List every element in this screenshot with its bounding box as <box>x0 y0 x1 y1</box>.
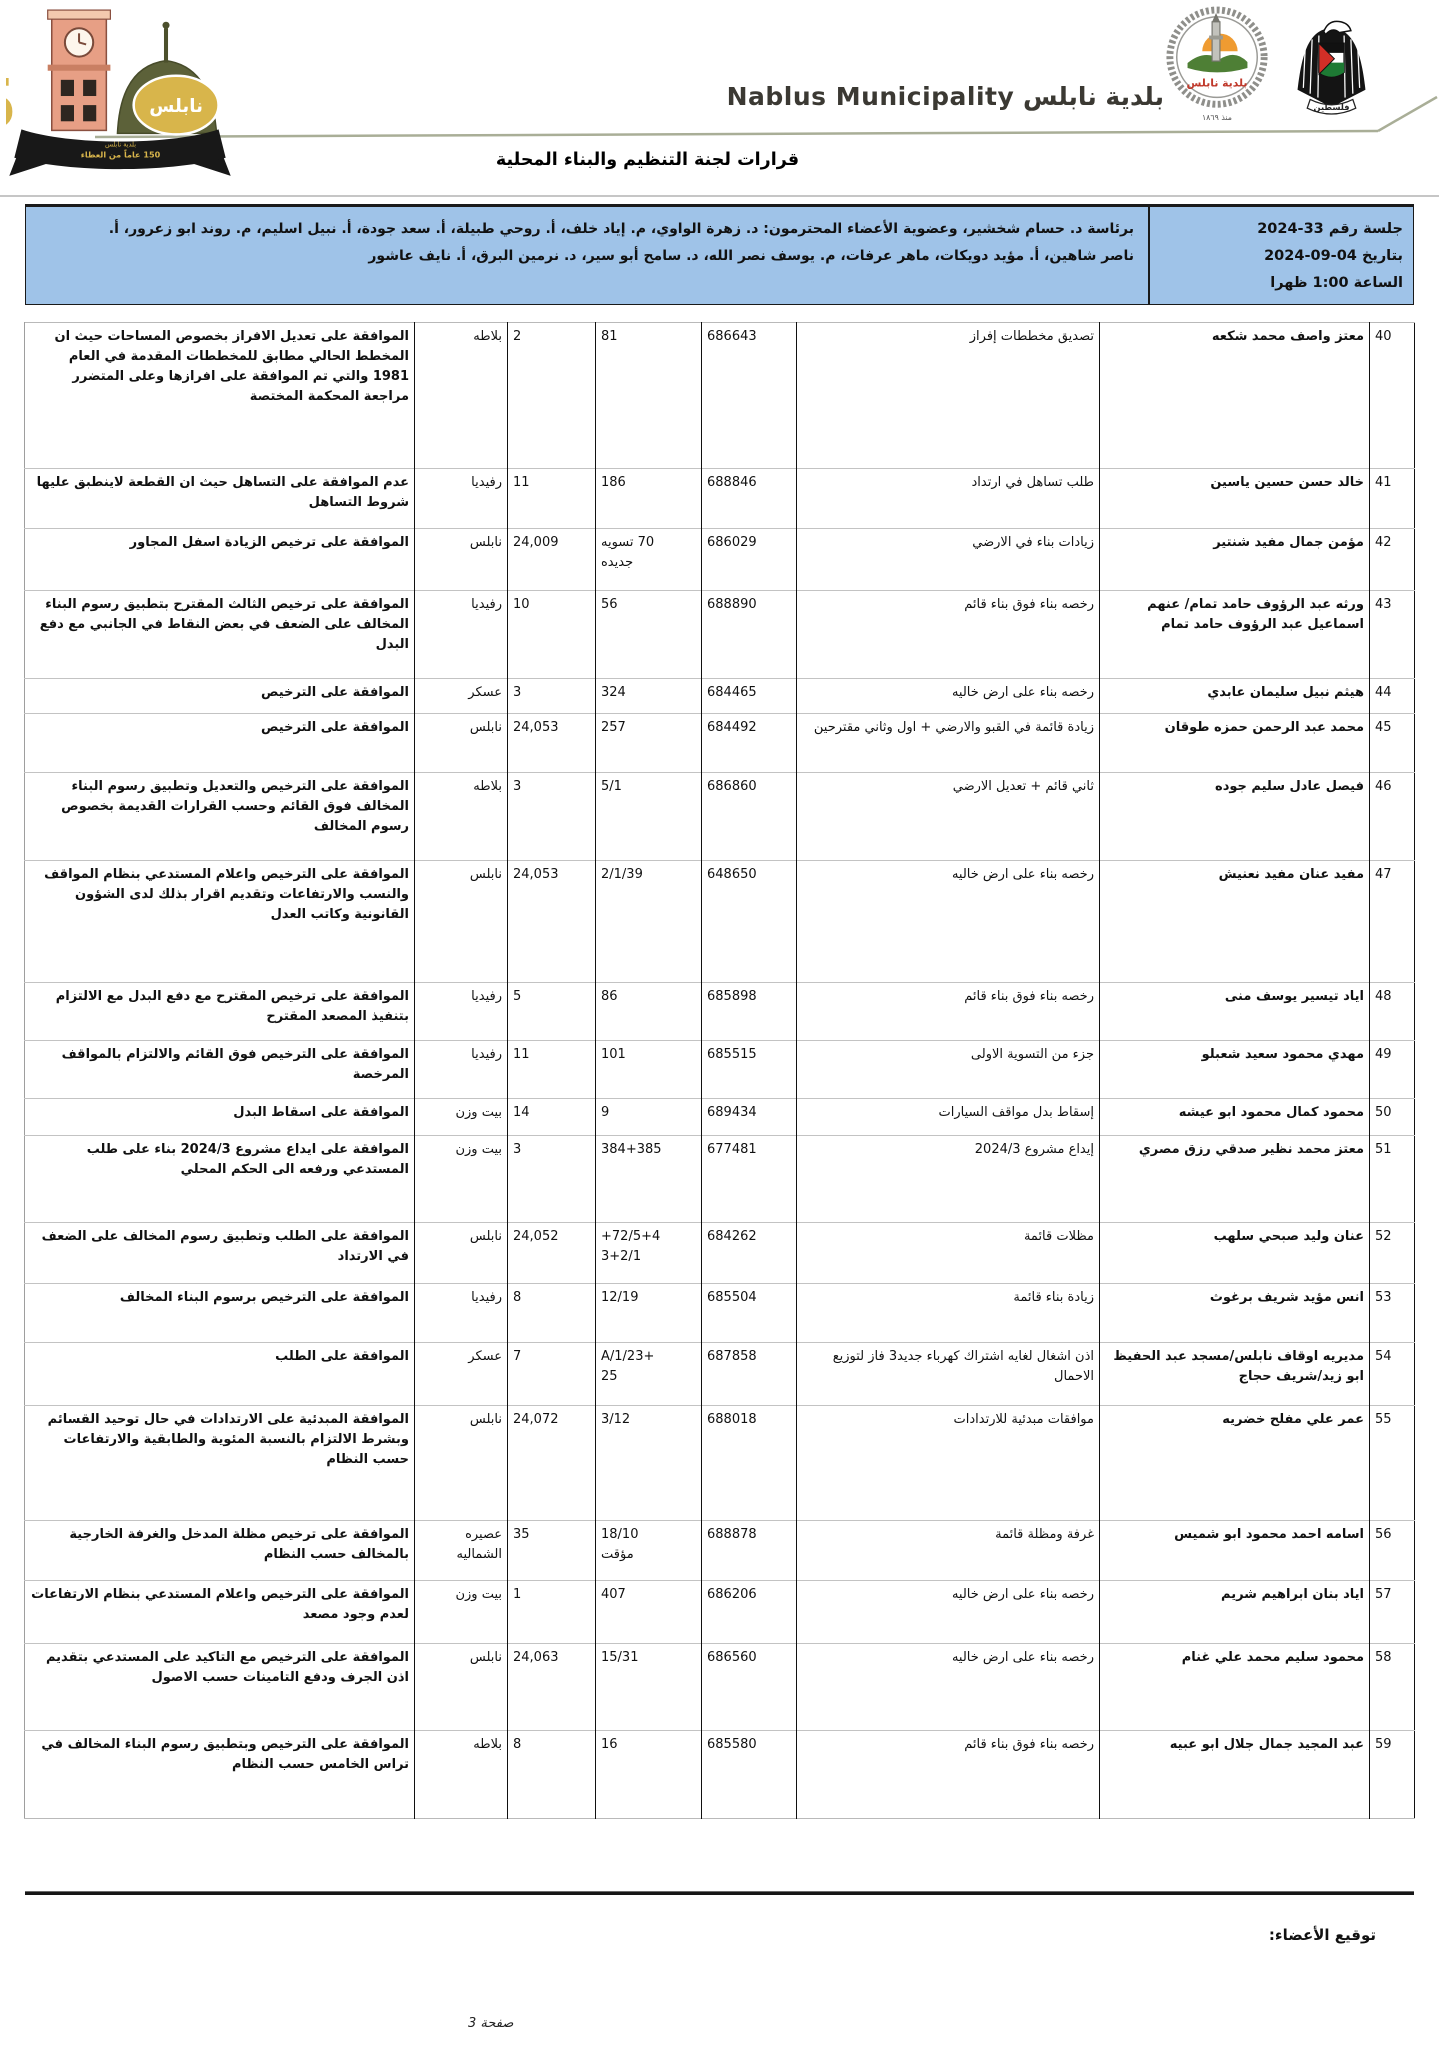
area-cell: نابلس <box>415 1644 508 1731</box>
plot-number-cell: ‎A/1/23+‎ 25 <box>596 1343 702 1406</box>
area-cell: نابلس <box>415 714 508 773</box>
table-row: 46فيصل عادل سليم جودهثاني قائم + تعديل ا… <box>25 773 1415 861</box>
table-row: 50محمود كمال محمود ابو عيشهإسقاط بدل موا… <box>25 1099 1415 1136</box>
subject-cell: زيادة بناء قائمة <box>797 1284 1100 1343</box>
session-meta: جلسة رقم 33-2024 بتاريخ 04-09-2024 الساع… <box>1148 207 1413 304</box>
applicant-name-cell: مديريه اوقاف نابلس/مسجد عبد الحفيظ ابو ز… <box>1100 1343 1370 1406</box>
file-number-cell: 687858 <box>702 1343 797 1406</box>
decision-cell: الموافقة على الترخيص <box>25 679 415 714</box>
table-row: 59عبد المجيد جمال جلال ابو عبيهرخصه بناء… <box>25 1731 1415 1819</box>
plot-number-cell: 12/19 <box>596 1284 702 1343</box>
file-number-cell: 686206 <box>702 1581 797 1644</box>
minaret-shape <box>1212 22 1220 61</box>
subject-cell: رخصه بناء على ارض خاليه <box>797 679 1100 714</box>
plot-number-cell: 3/12 <box>596 1406 702 1521</box>
plot-number-cell: 257 <box>596 714 702 773</box>
anniversary-digits: 15 <box>6 62 18 145</box>
block-number-cell: 3 <box>508 679 596 714</box>
applicant-name-cell: انس مؤيد شريف برغوث <box>1100 1284 1370 1343</box>
area-cell: عسكر <box>415 1343 508 1406</box>
seal-since-text: منذ ١٨٦٩ <box>1202 113 1232 122</box>
plot-number-cell: 86 <box>596 983 702 1041</box>
row-number-cell: 57 <box>1370 1581 1415 1644</box>
applicant-name-cell: عبد المجيد جمال جلال ابو عبيه <box>1100 1731 1370 1819</box>
row-number-cell: 47 <box>1370 861 1415 983</box>
table-row: 58محمود سليم محمد علي غنامرخصه بناء على … <box>25 1644 1415 1731</box>
row-number-cell: 42 <box>1370 529 1415 591</box>
applicant-name-cell: اياد بنان ابراهيم شريم <box>1100 1581 1370 1644</box>
page-title: قرارات لجنة التنظيم والبناء المحلية <box>0 150 1295 170</box>
decisions-table: 40معتز واصف محمد شكعهتصديق مخططات إفراز6… <box>24 322 1415 1819</box>
plot-number-cell: 5/1 <box>596 773 702 861</box>
applicant-name-cell: مفيد عنان مفيد نعنيش <box>1100 861 1370 983</box>
nablus-municipality-seal: بلدية نابلس منذ ١٨٦٩ <box>1163 6 1271 124</box>
decision-cell: الموافقة على الترخيص واعلام المستدعي بنظ… <box>25 1581 415 1644</box>
decision-cell: الموافقة على الطلب <box>25 1343 415 1406</box>
area-cell: نابلس <box>415 1223 508 1284</box>
plot-number-cell: 407 <box>596 1581 702 1644</box>
session-time: الساعة 1:00 ظهرا <box>1154 270 1403 297</box>
decision-cell: الموافقة على الطلب وتطبيق رسوم المخالف ع… <box>25 1223 415 1284</box>
file-number-cell: 689434 <box>702 1099 797 1136</box>
decision-cell: الموافقة على الترخيص فوق القائم والالتزا… <box>25 1041 415 1099</box>
table-row: 55عمر علي مفلح خضريهموافقات مبدئية للارت… <box>25 1406 1415 1521</box>
subject-cell: جزء من التسوية الاولى <box>797 1041 1100 1099</box>
file-number-cell: 688878 <box>702 1521 797 1581</box>
decision-cell: الموافقة المبدئية على الارتدادات في حال … <box>25 1406 415 1521</box>
applicant-name-cell: هيثم نبيل سليمان عابدي <box>1100 679 1370 714</box>
decision-cell: الموافقة على الترخيص برسوم البناء المخال… <box>25 1284 415 1343</box>
plot-number-cell: 2/1/39 <box>596 861 702 983</box>
file-number-cell: 686860 <box>702 773 797 861</box>
block-number-cell: 5 <box>508 983 596 1041</box>
table-row: 57اياد بنان ابراهيم شريمرخصه بناء على ار… <box>25 1581 1415 1644</box>
subject-cell: إسقاط بدل مواقف السيارات <box>797 1099 1100 1136</box>
block-number-cell: 24,053 <box>508 714 596 773</box>
file-number-cell: 685504 <box>702 1284 797 1343</box>
subject-cell: رخصه بناء فوق بناء قائم <box>797 1731 1100 1819</box>
block-number-cell: 8 <box>508 1731 596 1819</box>
block-number-cell: 3 <box>508 773 596 861</box>
clock-tower-shape <box>48 10 111 130</box>
row-number-cell: 43 <box>1370 591 1415 679</box>
area-cell: بلاطه <box>415 773 508 861</box>
block-number-cell: 3 <box>508 1136 596 1223</box>
row-number-cell: 55 <box>1370 1406 1415 1521</box>
block-number-cell: 2 <box>508 323 596 469</box>
area-cell: نابلس <box>415 1406 508 1521</box>
file-number-cell: 688890 <box>702 591 797 679</box>
area-cell: نابلس <box>415 861 508 983</box>
plot-number-cell: 56 <box>596 591 702 679</box>
applicant-name-cell: محمود سليم محمد علي غنام <box>1100 1644 1370 1731</box>
decisions-table-body: 40معتز واصف محمد شكعهتصديق مخططات إفراز6… <box>25 323 1415 1819</box>
decision-cell: الموافقة على ترخيص مظلة المدخل والغرفة ا… <box>25 1521 415 1581</box>
session-number: جلسة رقم 33-2024 <box>1154 216 1403 243</box>
footer-rule <box>25 1891 1414 1895</box>
plot-number-cell: 324 <box>596 679 702 714</box>
row-number-cell: 46 <box>1370 773 1415 861</box>
session-info-box: جلسة رقم 33-2024 بتاريخ 04-09-2024 الساع… <box>25 204 1414 305</box>
row-number-cell: 59 <box>1370 1731 1415 1819</box>
applicant-name-cell: محمد عبد الرحمن حمزه طوقان <box>1100 714 1370 773</box>
block-number-cell: 24,052 <box>508 1223 596 1284</box>
area-cell: عصيره الشماليه <box>415 1521 508 1581</box>
table-row: 43ورثه عبد الرؤوف حامد تمام/ عنهم اسماعي… <box>25 591 1415 679</box>
plot-number-cell: 72/5+4+‎ 3+2/1 <box>596 1223 702 1284</box>
plot-number-cell: 384+385 <box>596 1136 702 1223</box>
row-number-cell: 56 <box>1370 1521 1415 1581</box>
area-cell: رفيديا <box>415 1284 508 1343</box>
block-number-cell: 24,009 <box>508 529 596 591</box>
decision-cell: الموافقة على ترخيص الثالث المقترح بتطبيق… <box>25 591 415 679</box>
file-number-cell: 684262 <box>702 1223 797 1284</box>
table-row: 48اياد تيسير يوسف منىرخصه بناء فوق بناء … <box>25 983 1415 1041</box>
decision-cell: الموافقة على الترخيص وبتطبيق رسوم البناء… <box>25 1731 415 1819</box>
municipality-brand-text: بلدية نابلس Nablus Municipality <box>752 82 1164 111</box>
plot-number-cell: 9 <box>596 1099 702 1136</box>
file-number-cell: 688018 <box>702 1406 797 1521</box>
plot-number-cell: 16 <box>596 1731 702 1819</box>
decisions-table-wrap: 40معتز واصف محمد شكعهتصديق مخططات إفراز6… <box>25 322 1415 1819</box>
area-cell: بيت وزن <box>415 1099 508 1136</box>
applicant-name-cell: عنان وليد صبحي سلهب <box>1100 1223 1370 1284</box>
subject-cell: رخصه بناء على ارض خاليه <box>797 1581 1100 1644</box>
table-row: 41خالد حسن حسين ياسينطلب تساهل في ارتداد… <box>25 469 1415 529</box>
table-row: 42مؤمن جمال مفيد شنتيرزيادات بناء في الا… <box>25 529 1415 591</box>
block-number-cell: 7 <box>508 1343 596 1406</box>
area-cell: بيت وزن <box>415 1136 508 1223</box>
block-number-cell: 35 <box>508 1521 596 1581</box>
medallion-script: نابلس <box>149 96 203 117</box>
row-number-cell: 54 <box>1370 1343 1415 1406</box>
applicant-name-cell: فيصل عادل سليم جوده <box>1100 773 1370 861</box>
eagle-banner-text: فلسطين <box>1314 102 1350 113</box>
decision-cell: الموافقة على الترخيص مع التاكيد على المس… <box>25 1644 415 1731</box>
area-cell: رفيديا <box>415 591 508 679</box>
subject-cell: زيادات بناء في الارضي <box>797 529 1100 591</box>
header-divider <box>0 195 1439 197</box>
plot-number-cell: 15/31 <box>596 1644 702 1731</box>
table-row: 49مهدي محمود سعيد شعبلوجزء من التسوية ال… <box>25 1041 1415 1099</box>
row-number-cell: 45 <box>1370 714 1415 773</box>
applicant-name-cell: ورثه عبد الرؤوف حامد تمام/ عنهم اسماعيل … <box>1100 591 1370 679</box>
subject-cell: اذن اشغال لغايه اشتراك كهرباء جديد3 فاز … <box>797 1343 1100 1406</box>
row-number-cell: 50 <box>1370 1099 1415 1136</box>
decision-cell: الموافقة على اسقاط البدل <box>25 1099 415 1136</box>
session-date: بتاريخ 04-09-2024 <box>1154 243 1403 270</box>
applicant-name-cell: معتز محمد نظير صدقي رزق مصري <box>1100 1136 1370 1223</box>
row-number-cell: 44 <box>1370 679 1415 714</box>
subject-cell: طلب تساهل في ارتداد <box>797 469 1100 529</box>
subject-cell: رخصه بناء فوق بناء قائم <box>797 983 1100 1041</box>
ribbon-text-line1: بلدية نابلس <box>105 141 136 149</box>
subject-cell: زيادة قائمة في القبو والارضي + اول وثاني… <box>797 714 1100 773</box>
file-number-cell: 686029 <box>702 529 797 591</box>
file-number-cell: 677481 <box>702 1136 797 1223</box>
area-cell: رفيديا <box>415 1041 508 1099</box>
decision-cell: عدم الموافقة على التساهل حيث ان القطعة ل… <box>25 469 415 529</box>
decision-cell: الموافقة على الترخيص والتعديل وتطبيق رسو… <box>25 773 415 861</box>
row-number-cell: 53 <box>1370 1284 1415 1343</box>
area-cell: عسكر <box>415 679 508 714</box>
decision-cell: الموافقة على ايداع مشروع 2024/3 بناء على… <box>25 1136 415 1223</box>
table-row: 54مديريه اوقاف نابلس/مسجد عبد الحفيظ ابو… <box>25 1343 1415 1406</box>
seal-name-text: بلدية نابلس <box>1187 77 1248 90</box>
area-cell: نابلس <box>415 529 508 591</box>
subject-cell: رخصه بناء على ارض خاليه <box>797 1644 1100 1731</box>
applicant-name-cell: معتز واصف محمد شكعه <box>1100 323 1370 469</box>
subject-cell: موافقات مبدئية للارتدادات <box>797 1406 1100 1521</box>
block-number-cell: 24,072 <box>508 1406 596 1521</box>
file-number-cell: 686643 <box>702 323 797 469</box>
row-number-cell: 52 <box>1370 1223 1415 1284</box>
block-number-cell: 8 <box>508 1284 596 1343</box>
applicant-name-cell: مهدي محمود سعيد شعبلو <box>1100 1041 1370 1099</box>
subject-cell: غرفة ومظلة قائمة <box>797 1521 1100 1581</box>
area-cell: رفيديا <box>415 469 508 529</box>
area-cell: رفيديا <box>415 983 508 1041</box>
file-number-cell: 685580 <box>702 1731 797 1819</box>
table-row: 40معتز واصف محمد شكعهتصديق مخططات إفراز6… <box>25 323 1415 469</box>
block-number-cell: 11 <box>508 1041 596 1099</box>
applicant-name-cell: خالد حسن حسين ياسين <box>1100 469 1370 529</box>
file-number-cell: 685515 <box>702 1041 797 1099</box>
applicant-name-cell: مؤمن جمال مفيد شنتير <box>1100 529 1370 591</box>
members-line-1: برئاسة د. حسام شخشير، وعضوية الأعضاء الم… <box>36 216 1134 243</box>
subject-cell: تصديق مخططات إفراز <box>797 323 1100 469</box>
file-number-cell: 648650 <box>702 861 797 983</box>
row-number-cell: 49 <box>1370 1041 1415 1099</box>
session-members: برئاسة د. حسام شخشير، وعضوية الأعضاء الم… <box>26 207 1148 304</box>
plot-number-cell: 101 <box>596 1041 702 1099</box>
page: 15 نابلس بلدية نابلس 150 عاماً من العطاء… <box>0 0 1439 2048</box>
row-number-cell: 40 <box>1370 323 1415 469</box>
table-row: 45محمد عبد الرحمن حمزه طوقانزيادة قائمة … <box>25 714 1415 773</box>
applicant-name-cell: اياد تيسير يوسف منى <box>1100 983 1370 1041</box>
table-row: 53انس مؤيد شريف برغوثزيادة بناء قائمة685… <box>25 1284 1415 1343</box>
file-number-cell: 684492 <box>702 714 797 773</box>
decision-cell: الموافقة على الترخيص <box>25 714 415 773</box>
block-number-cell: 24,063 <box>508 1644 596 1731</box>
subject-cell: رخصه بناء على ارض خاليه <box>797 861 1100 983</box>
subject-cell: إيداع مشروع 2024/3 <box>797 1136 1100 1223</box>
subject-cell: رخصه بناء فوق بناء قائم <box>797 591 1100 679</box>
members-line-2: ناصر شاهين، أ. مؤيد دويكات، ماهر عرفات، … <box>36 243 1134 270</box>
decision-cell: الموافقة على تعديل الافراز بخصوص المساحا… <box>25 323 415 469</box>
applicant-name-cell: اسامه احمد محمود ابو شميس <box>1100 1521 1370 1581</box>
area-cell: بلاطه <box>415 323 508 469</box>
table-row: 44هيثم نبيل سليمان عابديرخصه بناء على ار… <box>25 679 1415 714</box>
file-number-cell: 685898 <box>702 983 797 1041</box>
file-number-cell: 686560 <box>702 1644 797 1731</box>
subject-cell: مظلات قائمة <box>797 1223 1100 1284</box>
flag-shield <box>1319 43 1344 76</box>
block-number-cell: 10 <box>508 591 596 679</box>
table-row: 51معتز محمد نظير صدقي رزق مصريإيداع مشرو… <box>25 1136 1415 1223</box>
block-number-cell: 11 <box>508 469 596 529</box>
plot-number-cell: 186 <box>596 469 702 529</box>
area-cell: بيت وزن <box>415 1581 508 1644</box>
page-number: صفحة 3 <box>468 2016 513 2031</box>
applicant-name-cell: محمود كمال محمود ابو عيشه <box>1100 1099 1370 1136</box>
row-number-cell: 48 <box>1370 983 1415 1041</box>
decision-cell: الموافقة على ترخيص المقترح مع دفع البدل … <box>25 983 415 1041</box>
row-number-cell: 58 <box>1370 1644 1415 1731</box>
block-number-cell: 24,053 <box>508 861 596 983</box>
row-number-cell: 41 <box>1370 469 1415 529</box>
applicant-name-cell: عمر علي مفلح خضريه <box>1100 1406 1370 1521</box>
area-cell: بلاطه <box>415 1731 508 1819</box>
decision-cell: الموافقة على ترخيص الزيادة اسفل المجاور <box>25 529 415 591</box>
decision-cell: الموافقة على الترخيص واعلام المستدعي بنظ… <box>25 861 415 983</box>
subject-cell: ثاني قائم + تعديل الارضي <box>797 773 1100 861</box>
table-row: 47مفيد عنان مفيد نعنيشرخصه بناء على ارض … <box>25 861 1415 983</box>
row-number-cell: 51 <box>1370 1136 1415 1223</box>
plot-number-cell: 81 <box>596 323 702 469</box>
block-number-cell: 14 <box>508 1099 596 1136</box>
members-signature-label: توقيع الأعضاء: <box>1269 1926 1376 1944</box>
plot-number-cell: 70 تسويه جديده <box>596 529 702 591</box>
file-number-cell: 688846 <box>702 469 797 529</box>
table-row: 56اسامه احمد محمود ابو شميسغرفة ومظلة قا… <box>25 1521 1415 1581</box>
file-number-cell: 684465 <box>702 679 797 714</box>
plot-number-cell: 18/10 مؤقت <box>596 1521 702 1581</box>
table-row: 52عنان وليد صبحي سلهبمظلات قائمة68426272… <box>25 1223 1415 1284</box>
block-number-cell: 1 <box>508 1581 596 1644</box>
palestine-eagle-emblem: فلسطين <box>1283 16 1380 118</box>
